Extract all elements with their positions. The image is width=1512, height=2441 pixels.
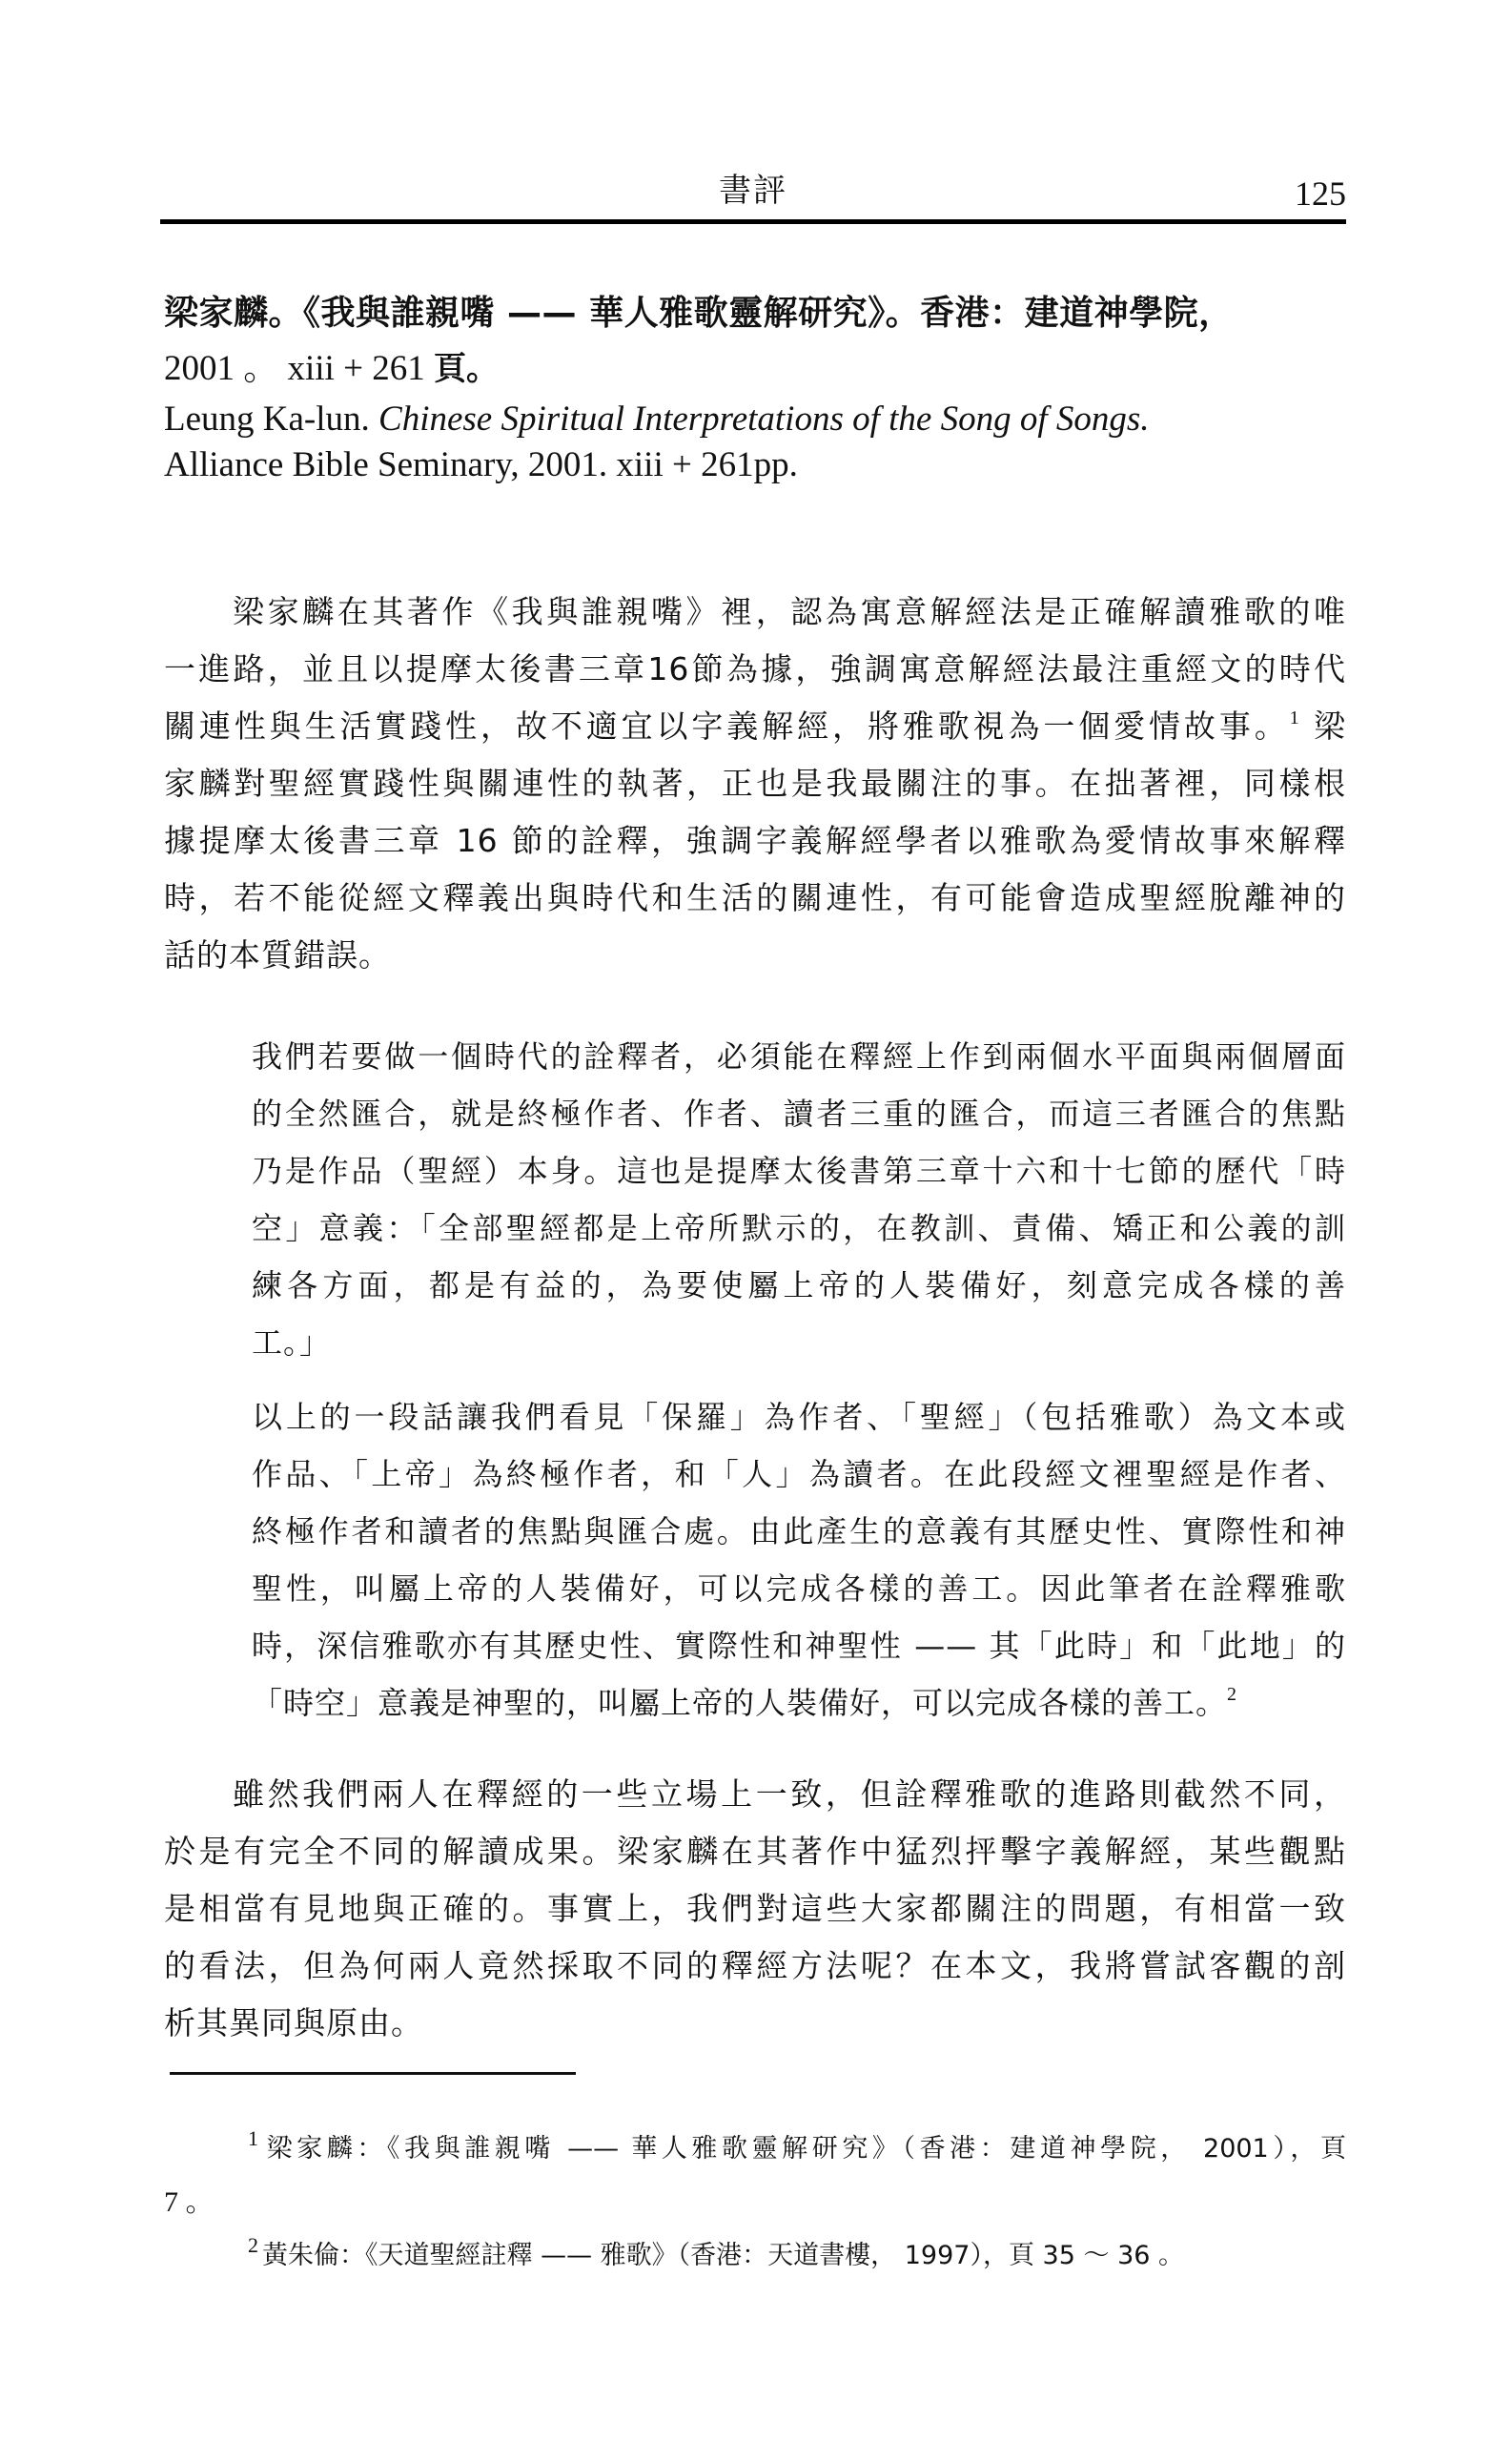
footnote-1-continuation: 7 。: [164, 2176, 1346, 2229]
text-line: 梁家麟在其著作《我與誰親嘴》裡，認為寓意解經法是正確解讀雅歌的唯: [164, 584, 1346, 641]
quote-line-body: 「時空」意義是神聖的，叫屬上帝的人裝備好，可以完成各樣的善工。: [252, 1685, 1227, 1721]
footnote-number: 2: [248, 2233, 258, 2257]
biblio-chinese-line-1: 梁家麟。《我與誰親嘴 —— 華人雅歌靈解研究》。香港：建道神學院，: [164, 286, 1346, 341]
footnotes: 1梁家麟：《我與誰親嘴 —— 華人雅歌靈解研究》（香港：建道神學院， 2001）…: [164, 2123, 1346, 2283]
biblio-english-title: Chinese Spiritual Interpretations of the…: [378, 400, 1150, 439]
quote-line: 練各方面，都是有益的，為要使屬上帝的人裝備好，刻意完成各樣的善: [252, 1257, 1346, 1314]
footnote-text: 梁家麟：《我與誰親嘴 —— 華人雅歌靈解研究》（香港：建道神學院， 2001），…: [262, 2134, 1346, 2164]
text-line: 的看法，但為何兩人竟然採取不同的釋經方法呢？在本文，我將嘗試客觀的剖: [164, 1938, 1346, 1995]
text-line: 雖然我們兩人在釋經的一些立場上一致，但詮釋雅歌的進路則截然不同，: [164, 1766, 1346, 1823]
biblio-english-author: Leung Ka-lun.: [164, 400, 378, 439]
text-line: 話的本質錯誤。: [164, 927, 1346, 984]
quote-line: 工。」: [252, 1314, 1346, 1371]
text-line: 一進路，並且以提摩太後書三章16節為據，強調寓意解經法最注重經文的時代: [164, 641, 1346, 698]
footnote-separator: [170, 2072, 576, 2075]
text-line: 是相當有見地與正確的。事實上，我們對這些大家都關注的問題，有相當一致: [164, 1880, 1346, 1938]
text-line: 於是有完全不同的解讀成果。梁家麟在其著作中猛烈抨擊字義解經，某些觀點: [164, 1823, 1346, 1880]
footnote-ref-2[interactable]: 2: [1227, 1684, 1237, 1705]
footnote-2: 2黃朱倫：《天道聖經註釋 —— 雅歌》（香港：天道書樓， 1997），頁 35 …: [164, 2229, 1346, 2283]
quote-line: 以上的一段話讓我們看見「保羅」為作者、「聖經」（包括雅歌）為文本或: [252, 1388, 1346, 1446]
footnote-text: 黃朱倫：《天道聖經註釋 —— 雅歌》（香港：天道書樓， 1997），頁 35 ～…: [262, 2241, 1184, 2270]
quote-line: 作品、「上帝」為終極作者，和「人」為讀者。在此段經文裡聖經是作者、: [252, 1446, 1346, 1503]
quote-line: 聖性，叫屬上帝的人裝備好，可以完成各樣的善工。因此筆者在詮釋雅歌: [252, 1560, 1346, 1617]
block-quote-1: 我們若要做一個時代的詮釋者，必須能在釋經上作到兩個水平面與兩個層面 的全然匯合，…: [252, 1028, 1346, 1371]
footnote-1: 1梁家麟：《我與誰親嘴 —— 華人雅歌靈解研究》（香港：建道神學院， 2001）…: [164, 2123, 1346, 2176]
text-line: 據提摩太後書三章 16 節的詮釋，強調字義解經學者以雅歌為愛情故事來解釋: [164, 812, 1346, 870]
page-number: 125: [1295, 174, 1346, 214]
biblio-english-line-2: Alliance Bible Seminary, 2001. xiii + 26…: [164, 442, 1346, 488]
quote-line: 乃是作品（聖經）本身。這也是提摩太後書第三章十六和十七節的歷代「時: [252, 1142, 1346, 1200]
biblio-year-pages: 2001 。 xiii + 261: [164, 349, 434, 388]
biblio-page-suffix: 頁。: [434, 350, 499, 388]
quote-line: 「時空」意義是神聖的，叫屬上帝的人裝備好，可以完成各樣的善工。2: [252, 1674, 1346, 1732]
header-rule: [160, 219, 1346, 224]
text-line: 時，若不能從經文釋義出與時代和生活的關連性，有可能會造成聖經脫離神的: [164, 870, 1346, 927]
footnote-continuation-text: 7 。: [164, 2186, 215, 2218]
quote-line: 我們若要做一個時代的詮釋者，必須能在釋經上作到兩個水平面與兩個層面: [252, 1028, 1346, 1085]
book-page: 書評 125 梁家麟。《我與誰親嘴 —— 華人雅歌靈解研究》。香港：建道神學院，…: [0, 0, 1512, 2441]
footnote-ref-1[interactable]: 1: [1290, 708, 1300, 728]
text-line: 關連性與生活實踐性，故不適宜以字義解經，將雅歌視為一個愛情故事。1 梁: [164, 698, 1346, 755]
quote-line: 空」意義：「全部聖經都是上帝所默示的，在教訓、責備、矯正和公義的訓: [252, 1200, 1346, 1257]
quote-line: 終極作者和讀者的焦點與匯合處。由此產生的意義有其歷史性、實際性和神: [252, 1503, 1346, 1560]
bibliographic-entry: 梁家麟。《我與誰親嘴 —— 華人雅歌靈解研究》。香港：建道神學院， 2001 。…: [164, 286, 1346, 488]
text-line: 析其異同與原由。: [164, 1995, 1346, 2052]
paragraph-1: 梁家麟在其著作《我與誰親嘴》裡，認為寓意解經法是正確解讀雅歌的唯 一進路，並且以…: [164, 584, 1346, 984]
quote-line: 的全然匯合，就是終極作者、作者、讀者三重的匯合，而這三者匯合的焦點: [252, 1085, 1346, 1142]
text-line-body: 關連性與生活實踐性，故不適宜以字義解經，將雅歌視為一個愛情故事。: [164, 708, 1290, 745]
biblio-english-line-1: Leung Ka-lun. Chinese Spiritual Interpre…: [164, 397, 1346, 442]
quote-line: 時，深信雅歌亦有其歷史性、實際性和神聖性 —— 其「此時」和「此地」的: [252, 1617, 1346, 1674]
section-title: 書評: [160, 164, 1346, 211]
block-quote-2: 以上的一段話讓我們看見「保羅」為作者、「聖經」（包括雅歌）為文本或 作品、「上帝…: [252, 1388, 1346, 1732]
footnote-number: 1: [248, 2126, 258, 2150]
text-line-tail: 梁: [1300, 708, 1346, 745]
text-line: 家麟對聖經實踐性與關連性的執著，正也是我最關注的事。在拙著裡，同樣根: [164, 755, 1346, 812]
paragraph-2: 雖然我們兩人在釋經的一些立場上一致，但詮釋雅歌的進路則截然不同， 於是有完全不同…: [164, 1766, 1346, 2052]
biblio-chinese-line-2: 2001 。 xiii + 261 頁。: [164, 341, 1346, 397]
running-header: 書評 125: [160, 160, 1346, 214]
